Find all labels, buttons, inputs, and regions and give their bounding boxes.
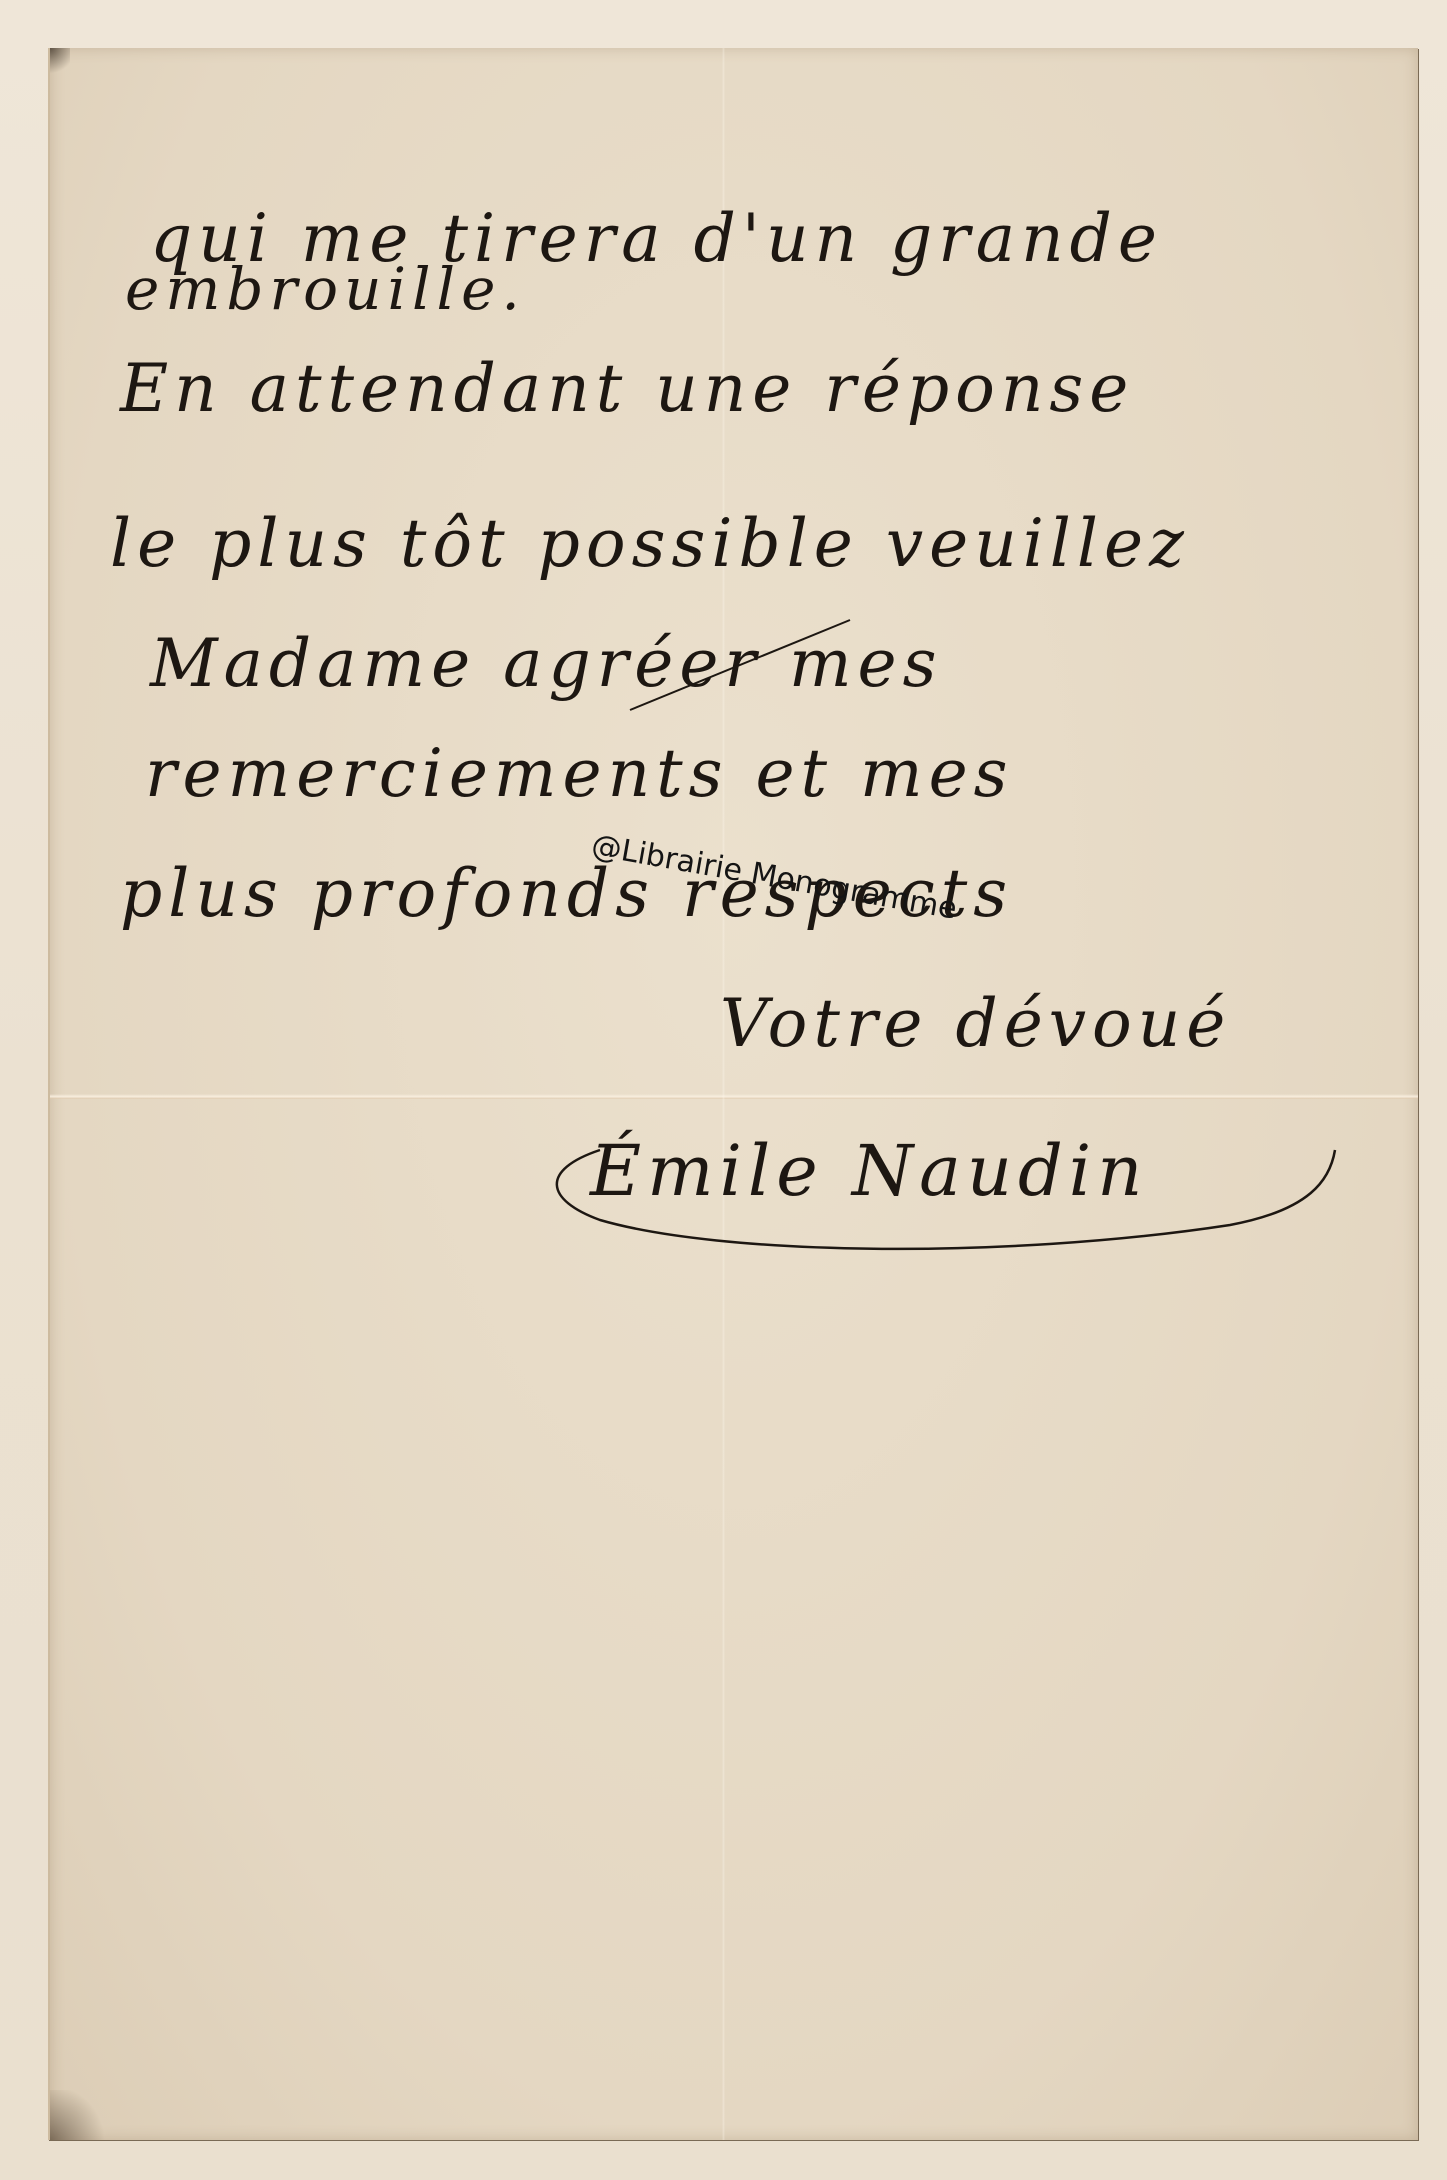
signature-flourish-icon	[0, 0, 1447, 2180]
